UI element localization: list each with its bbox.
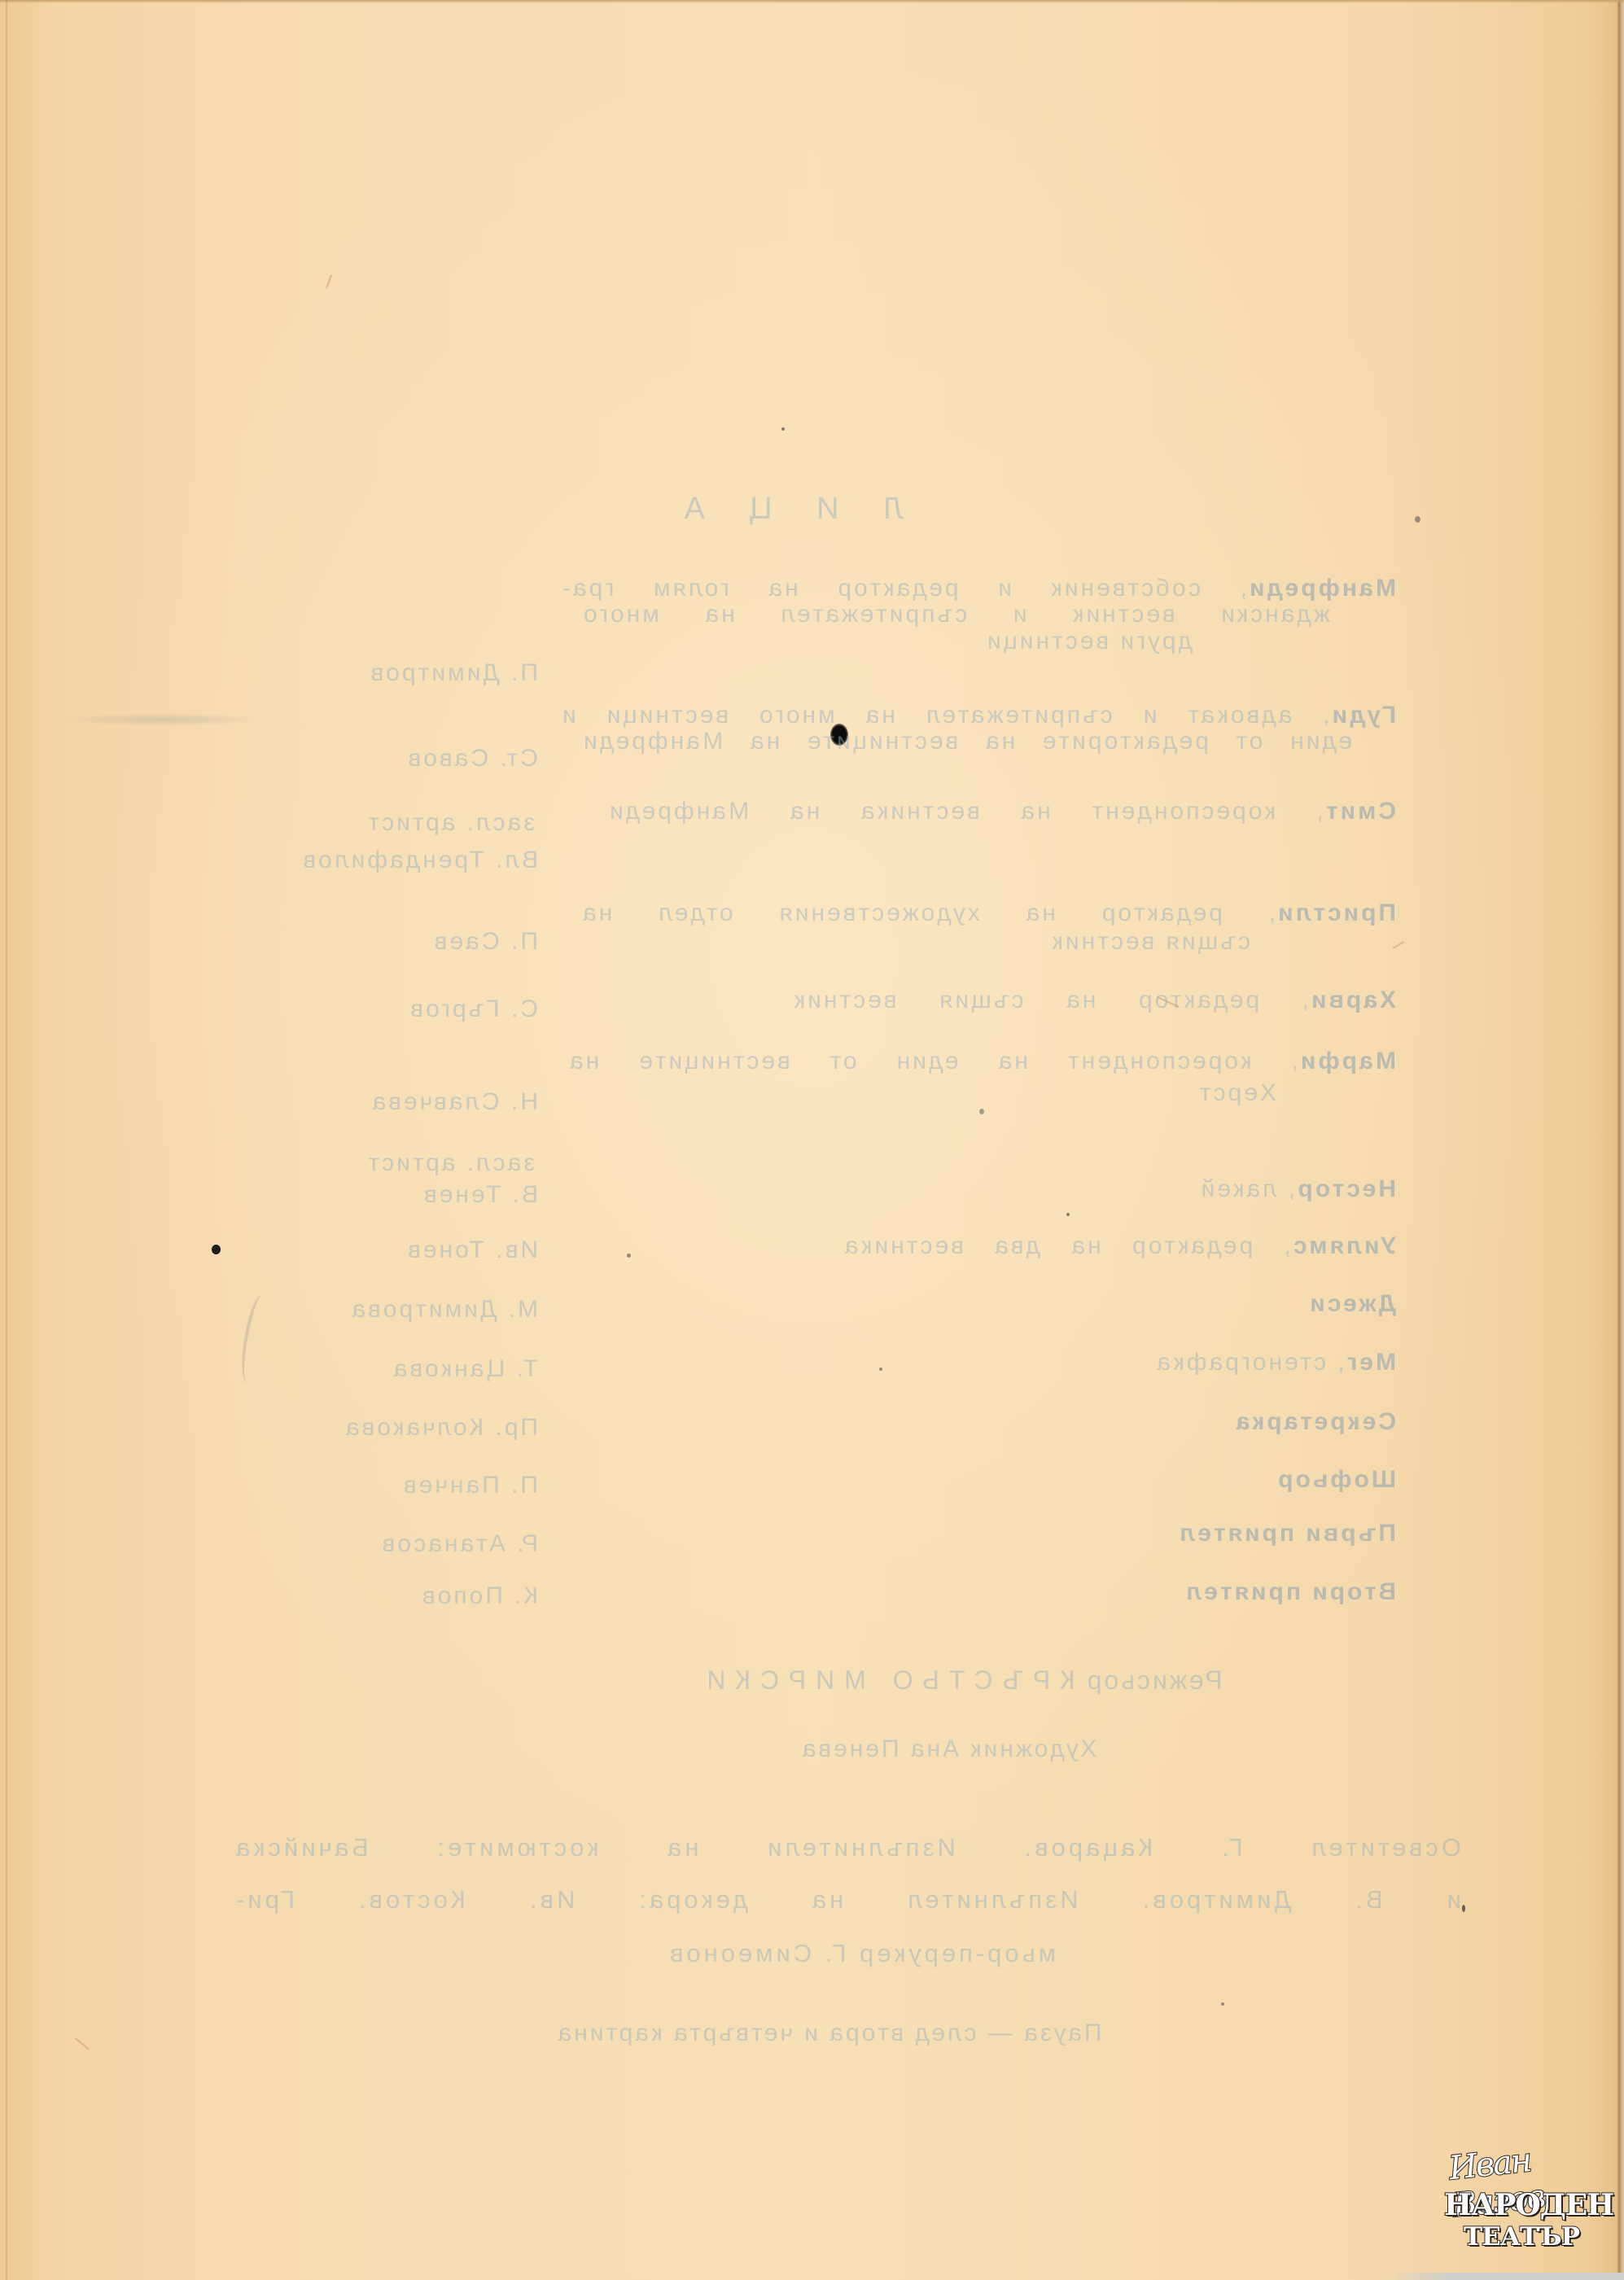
role-description: , кореспондент на вестника на Манфреди bbox=[607, 798, 1324, 825]
role-name: Уилямс bbox=[1291, 1232, 1396, 1259]
role-line: Смит, кореспондент на вестника на Манфре… bbox=[607, 798, 1396, 825]
actor-name: Н. Славчева bbox=[370, 1088, 538, 1116]
bleed-through-text-layer: Л И Ц А Манфреди, собственик и редактор … bbox=[0, 0, 1624, 2280]
actor-name: П. Саев bbox=[431, 928, 538, 956]
scanned-program-page: Л И Ц А Манфреди, собственик и редактор … bbox=[0, 0, 1624, 2280]
role-line: Мег, стенографка bbox=[1154, 1349, 1396, 1376]
actor-name: Вл. Трендафилов bbox=[300, 847, 538, 874]
actor-name: Т. Цанкова bbox=[392, 1355, 538, 1383]
director-line: Режисьор КРЪСТЬО МИРСКИ bbox=[553, 1666, 1367, 1694]
role-name: Нестор bbox=[1295, 1175, 1396, 1202]
role-name: Джеси bbox=[1307, 1290, 1396, 1317]
role-description-continued: Херст bbox=[1197, 1079, 1276, 1107]
role-name: Мег bbox=[1345, 1349, 1396, 1376]
role-line: Харви, редактор на същия вестник bbox=[792, 987, 1396, 1014]
role-name: Марфи bbox=[1298, 1048, 1396, 1074]
role-name: Втори приятел bbox=[1184, 1578, 1396, 1605]
logo-title-line-2: ТЕАТЪР bbox=[1464, 2222, 1579, 2252]
role-line: Първи приятел bbox=[1177, 1520, 1396, 1547]
actor-name: П. Панчев bbox=[401, 1472, 538, 1499]
credits-line: Осветител Г. Кацаров. Изпълнители на кос… bbox=[233, 1834, 1461, 1862]
role-line: Марфи, кореспондент на един от вестницит… bbox=[567, 1048, 1396, 1075]
role-description: , кореспондент на един от вестниците на bbox=[567, 1048, 1298, 1074]
role-line: Втори приятел bbox=[1184, 1578, 1396, 1606]
role-description-continued: един от редакторите на вестниците на Ман… bbox=[581, 728, 1352, 755]
actor-name: Ст. Савов bbox=[405, 745, 538, 772]
role-line: Нестор, лакей bbox=[1199, 1175, 1396, 1203]
role-line: Манфреди, собственик и редактор на голям… bbox=[560, 575, 1396, 602]
role-line: Шофьор bbox=[1276, 1466, 1396, 1494]
role-line: Пристли, редактор на художествения отдел… bbox=[580, 899, 1396, 927]
role-name: Смит bbox=[1324, 798, 1396, 825]
actor-name: П. Димитров bbox=[368, 659, 538, 687]
role-description-continued: същия вестник bbox=[1050, 928, 1250, 956]
role-description: , стенографка bbox=[1154, 1349, 1344, 1376]
actor-name: Пр. Колчакова bbox=[344, 1414, 538, 1442]
intermission-note: Пауза — след втора и четвърта картина bbox=[422, 2020, 1236, 2047]
credits-line: мьор-перукер Г. Симеонов bbox=[454, 1940, 1268, 1967]
role-description: , редактор на същия вестник bbox=[792, 987, 1309, 1013]
role-description-continued: ждански вестник и съпритежател на много bbox=[581, 601, 1330, 628]
role-description: , адвокат и съпритежател на много вестни… bbox=[560, 702, 1330, 729]
director-name: КРЪСТЬО МИРСКИ bbox=[697, 1665, 1075, 1695]
role-description: , редактор на художествения отдел на bbox=[580, 899, 1276, 926]
role-description: , собственик и редактор на голям гра- bbox=[560, 575, 1247, 602]
national-theatre-logo: Иван Вазов НАРОДЕН ТЕАТЪР bbox=[1433, 2141, 1596, 2263]
role-name: Шофьор bbox=[1276, 1466, 1396, 1493]
role-description-continued: други вестници bbox=[985, 628, 1193, 655]
role-line: Секретарка bbox=[1234, 1408, 1396, 1436]
actor-name: В. Тенев bbox=[422, 1181, 538, 1209]
cast-heading: Л И Ц А bbox=[741, 491, 904, 527]
actor-name: Ив. Тонев bbox=[405, 1236, 538, 1264]
actor-name: С. Гъргов bbox=[408, 996, 538, 1023]
role-name: Секретарка bbox=[1234, 1408, 1396, 1435]
role-description: , лакей bbox=[1199, 1175, 1296, 1202]
role-description: , редактор на два вестника bbox=[843, 1232, 1291, 1259]
actor-title: засл. артист bbox=[366, 809, 535, 837]
role-line: Джеси bbox=[1307, 1290, 1396, 1318]
logo-title-line-1: НАРОДЕН bbox=[1444, 2188, 1613, 2222]
designer-line: Художник Ана Пенева bbox=[541, 1735, 1355, 1763]
actor-name: Р. Атанасов bbox=[379, 1530, 538, 1558]
actor-title: засл. артист bbox=[366, 1149, 535, 1177]
actor-name: М. Димитрова bbox=[349, 1296, 538, 1324]
role-name: Гуди bbox=[1330, 702, 1396, 729]
role-name: Харви bbox=[1309, 987, 1396, 1013]
role-line: Уилямс, редактор на два вестника bbox=[843, 1232, 1396, 1260]
director-label: Режисьор bbox=[1085, 1665, 1223, 1695]
role-name: Първи приятел bbox=[1177, 1520, 1396, 1547]
role-name: Пристли bbox=[1276, 899, 1396, 926]
credits-line: и В. Димитров. Изпълнител на декора: Ив.… bbox=[233, 1886, 1461, 1914]
actor-name: К. Попов bbox=[420, 1582, 538, 1610]
role-line: Гуди, адвокат и съпритежател на много ве… bbox=[560, 702, 1396, 729]
role-name: Манфреди bbox=[1247, 575, 1396, 602]
